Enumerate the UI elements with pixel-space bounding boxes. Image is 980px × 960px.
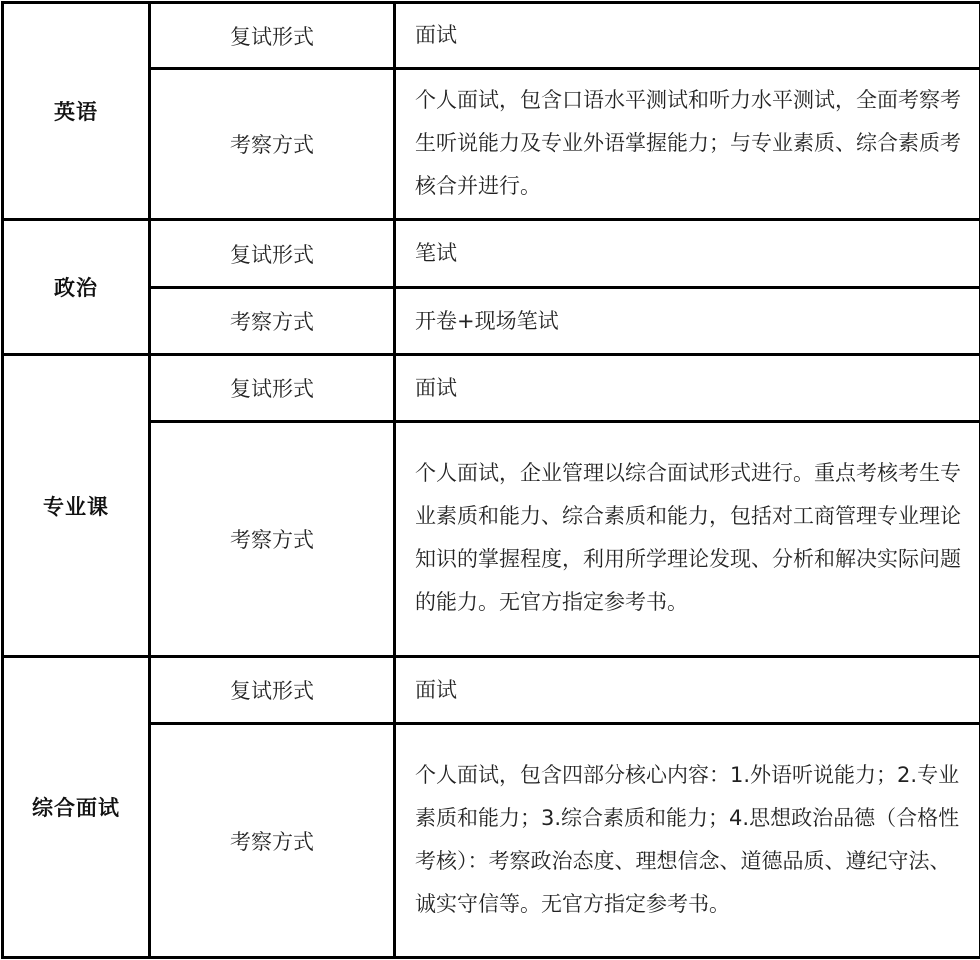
row-value: 个人面试，包含口语水平测试和听力水平测试，全面考察考生听说能力及专业外语掌握能力… (395, 69, 980, 220)
row-label: 考察方式 (150, 69, 395, 220)
table-row: 考察方式 个人面试，包含四部分核心内容：1.外语听说能力；2.专业素质和能力；3… (3, 724, 980, 958)
row-value: 面试 (395, 3, 980, 69)
row-value: 个人面试，企业管理以综合面试形式进行。重点考核考生专业素质和能力、综合素质和能力… (395, 422, 980, 657)
table-row: 综合面试 复试形式 面试 (3, 657, 980, 724)
table-row: 考察方式 个人面试，包含口语水平测试和听力水平测试，全面考察考生听说能力及专业外… (3, 69, 980, 220)
exam-format-table: 英语 复试形式 面试 考察方式 个人面试，包含口语水平测试和听力水平测试，全面考… (1, 1, 980, 959)
table-row: 考察方式 开卷+现场笔试 (3, 288, 980, 355)
row-value: 面试 (395, 657, 980, 724)
row-value: 开卷+现场笔试 (395, 288, 980, 355)
subject-cell-english: 英语 (3, 3, 150, 220)
subject-cell-comprehensive: 综合面试 (3, 657, 150, 958)
row-label: 复试形式 (150, 657, 395, 724)
row-label: 复试形式 (150, 220, 395, 288)
subject-cell-politics: 政治 (3, 220, 150, 355)
table-row: 专业课 复试形式 面试 (3, 355, 980, 422)
row-label: 考察方式 (150, 422, 395, 657)
table-row: 英语 复试形式 面试 (3, 3, 980, 69)
row-label: 复试形式 (150, 355, 395, 422)
row-label: 考察方式 (150, 288, 395, 355)
table-row: 政治 复试形式 笔试 (3, 220, 980, 288)
row-label: 考察方式 (150, 724, 395, 958)
row-value: 笔试 (395, 220, 980, 288)
row-value: 个人面试，包含四部分核心内容：1.外语听说能力；2.专业素质和能力；3.综合素质… (395, 724, 980, 958)
table-row: 考察方式 个人面试，企业管理以综合面试形式进行。重点考核考生专业素质和能力、综合… (3, 422, 980, 657)
row-value: 面试 (395, 355, 980, 422)
row-label: 复试形式 (150, 3, 395, 69)
subject-cell-major: 专业课 (3, 355, 150, 657)
